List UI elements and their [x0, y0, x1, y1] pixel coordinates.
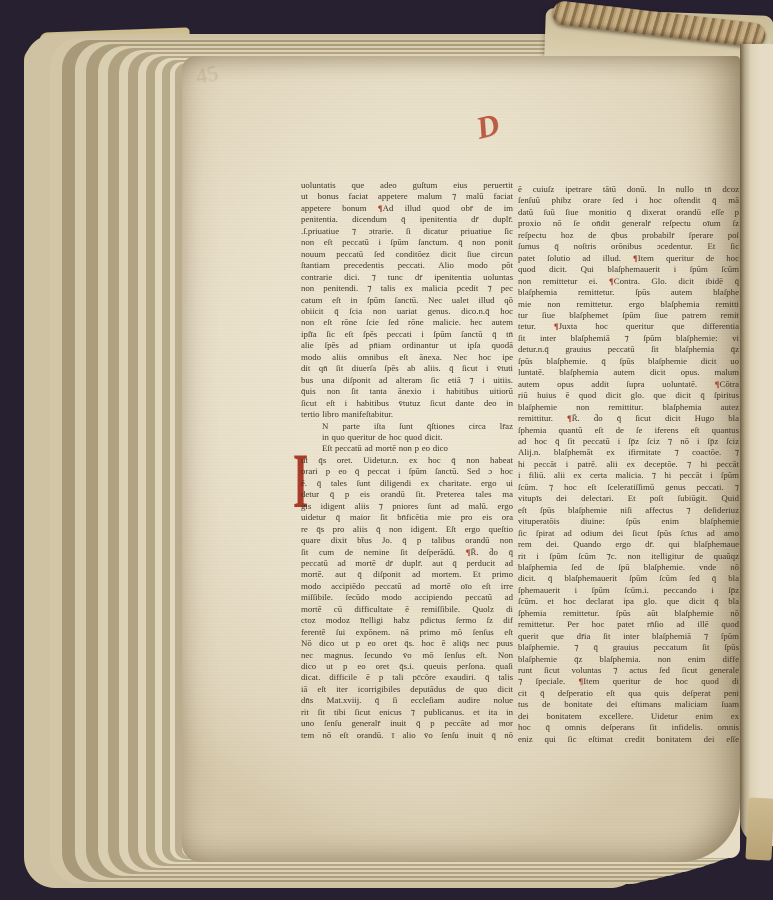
- text-line: remittetur. Per hoc patet rn̄ſio ad illē…: [518, 619, 739, 630]
- text-line: Nō dico ut p eo oret q̄s. hoc ē aliq̄s n…: [301, 638, 513, 649]
- text-line: hoc q̄ omnis deſperans ſit infidelis. om…: [518, 722, 739, 733]
- rubric-pilcrow: ¶: [609, 276, 614, 286]
- text-line: obiicit q̄ ſcia non uariat genus. dico.n…: [301, 306, 513, 317]
- text-line: orari p eo q̄ peccat i ſpūm ſanctū. Sed …: [301, 466, 513, 477]
- text-line: ad hoc q̄ ſit peccatū i ſp̄z ſciz ⁊ nō i…: [518, 436, 739, 447]
- text-line: quod dicit. Qui blaſphemauerit i ſpūm ſc…: [518, 264, 739, 275]
- text-line: runt ſicut voluntas ⁊ actus ſed ſicut ge…: [518, 665, 739, 676]
- text-line: miſſibile. ſecūdo modo accipiendo peccat…: [301, 592, 513, 603]
- text-line: ſcūm. ⁊ hoc eſt ſceleratiſſimū genus pec…: [518, 482, 739, 493]
- text-line: N parte iſta ſunt q̄ſtiones circa lr̄az: [301, 421, 513, 432]
- text-line: detur.n.q̄ grauius peccatū ſit blaſphemi…: [518, 344, 739, 355]
- text-line: vituperatōis diuine: ſpūs enim blaſphemi…: [518, 516, 739, 527]
- text-line: eſt ſpūs blaſphemie niſi affectus ⁊ deſi…: [518, 505, 739, 516]
- text-line: nec magnus. ſecundo v̄o mō ſenſus eſt. N…: [301, 650, 513, 661]
- text-line: proxio nō ſe on̄dit generalr̄ reſpectu o…: [518, 218, 739, 229]
- text-line: nouum peccatū ſed conditōez dicit ſiue c…: [301, 249, 513, 260]
- text-line: uno ſenſu generalr̄ inuit q̄ p peccāte a…: [301, 718, 513, 729]
- text-line: ipſīa ſic eſt ſpēs peccati i ſpūm ſanctū…: [301, 329, 513, 340]
- text-line: cit q̄ deſperatio eſt qua quis deſperat …: [518, 688, 739, 699]
- text-line: blaſphemia ſed de ſpū blaſphemie. vnde n…: [518, 562, 739, 573]
- text-line: appetere bonum ¶Ad illud quod obr̄ de im: [301, 203, 513, 214]
- rubric-pilcrow: ¶: [466, 547, 471, 557]
- text-line: catum eſt in ſpūm ſanctū. Nec ualet illu…: [301, 295, 513, 306]
- text-line: modo aliis omnibus eſt ānexa. Nec hoc ip…: [301, 352, 513, 363]
- text-line: ē. q̄ tales ſunt diligendi ex charitate.…: [301, 478, 513, 489]
- text-line: rit ſit tibi ſicut enicus ⁊ publicanus. …: [301, 707, 513, 718]
- rubric-pilcrow: ¶: [715, 379, 720, 389]
- text-line: alie ſpēs ad pn̄iam ordinantur ut ipſa q…: [301, 340, 513, 351]
- text-line: ctoz modoz ītelligi habz pdictus ſermo ſ…: [301, 615, 513, 626]
- text-line: tur ſiue blaſphemet ſpūm ſiue patrem rem…: [518, 310, 739, 321]
- text-column-right: ē cuiuſz ipetrare tātū donū. In nullo tn…: [518, 184, 739, 745]
- text-line: ſphemia quantū eſt de ſe iferens eſt qua…: [518, 425, 739, 436]
- text-line: bus una diſponit ad alteram ſic etiā ⁊ i…: [301, 375, 513, 386]
- text-line: ſicut eſt i habitibus v̄tutuz ſicut dant…: [301, 398, 513, 409]
- text-line: rem dei. Quando ergo dr̄. qui blaſphemau…: [518, 539, 739, 550]
- text-line: dicat. difficile ē p tali pc̄cōre exaudi…: [301, 672, 513, 683]
- text-line: blaſphemie. ⁊ q̄ grauius peccatum ſit ſp…: [518, 642, 739, 653]
- text-line: ē cuiuſz ipetrare tātū donū. In nullo tn…: [518, 184, 739, 195]
- text-line: mortē cū difficultate ē remiſſibile. Quo…: [301, 604, 513, 615]
- text-line: Eſt peccatū ad mortē non p eo dico: [301, 443, 513, 454]
- text-line: tertio libro manifeſtabitur.: [301, 409, 513, 420]
- text-line: quare dixit bt̄us Jo. q̄ p talibus orand…: [301, 535, 513, 546]
- text-line: ſpūs blaſphemie. q̄ ſpūs blaſphemie dici…: [518, 356, 739, 367]
- pencil-inscription: 45: [194, 60, 220, 89]
- text-line: dicit. q̄ blaſphemauerit ſpūm ſcūm ſed q…: [518, 573, 739, 584]
- text-line: ſit inter blaſphemiā ⁊ ſpūm blaſphemie: …: [518, 333, 739, 344]
- text-line: patet ſolutio ad illud. ¶Item queritur d…: [518, 253, 739, 264]
- text-line: blaſphemia remittetur. ſpūs autem blaſph…: [518, 287, 739, 298]
- text-line: ut bonus faciat appetere malum ⁊ malū fa…: [301, 191, 513, 202]
- text-line: riū huius ē quod dicit glo. que dicit q̄…: [518, 390, 739, 401]
- text-line: non eſt peccatū i ſpūm ſanctum. q̄ non p…: [301, 237, 513, 248]
- text-line: tem nō eſt orandū. ī alio v̄o ſenſu inui…: [301, 730, 513, 741]
- text-line: dn̄s Mat.xviij. q̄ ſi eccleſiam audire n…: [301, 695, 513, 706]
- text-line: remittitur. ¶R̄. d̄o q̄ ſicut dicit Hugo…: [518, 413, 739, 424]
- text-line: ſenſuū phibz orare ſed i hoc oſtendit q̄…: [518, 195, 739, 206]
- rubric-pilcrow: ¶: [633, 253, 638, 263]
- text-line: gis idigent aliis ⁊ pniores ſunt ad malū…: [301, 501, 513, 512]
- text-line: non eſt rōne ſcie ſed rōne malicie. hec …: [301, 317, 513, 328]
- text-line: dei bonitatem excellere. Uidetur enim ex: [518, 711, 739, 722]
- text-line: luntatē. blaſphemia autem dicit opus. ma…: [518, 367, 739, 378]
- text-line: iā eſt iter icorrigibiles deputādus de q…: [301, 684, 513, 695]
- rubric-pilcrow: ¶: [378, 203, 383, 213]
- text-line: i filiū. alii ex certa malicia. ⁊ hi pec…: [518, 470, 739, 481]
- book-cover-left-edge: [24, 46, 54, 858]
- facing-page-edge: [740, 44, 773, 846]
- text-line: eniz qui ſic eſtimat credit bonitatem de…: [518, 734, 739, 745]
- text-line: uidetur q̄ maior ſit bn̄ficētia mie pro …: [301, 512, 513, 523]
- text-line: contrarie dici. ⁊ tunc dr̄ ipenitentia u…: [301, 272, 513, 283]
- text-line: ferentē ſui expōnem. nā primo mō ſenſus …: [301, 627, 513, 638]
- text-line: vitupīs dei delectari. Et poſt ſubiūgit.…: [518, 493, 739, 504]
- text-line: peccatū ad mortē dr̄ duplr̄. aut q̄ perd…: [301, 558, 513, 569]
- text-line: autem opus addit ſupra uoluntatē. ¶Cōtra: [518, 379, 739, 390]
- text-line: modo accipiēdo peccatū ad mortē oīo eſt …: [301, 581, 513, 592]
- text-line: dico ut p eo oret q̄s.i. queuis perſona.…: [301, 661, 513, 672]
- text-line: ſtantiam precedentis peccati. Alio modo …: [301, 260, 513, 271]
- text-line: in quo queritur de hoc quod dicit.: [301, 432, 513, 443]
- text-line: blaſphemie q̄z blaſphemia. non enim diff…: [518, 654, 739, 665]
- text-line: q̄uis non ſit tanta ānexio i habitibus u…: [301, 386, 513, 397]
- text-line: penitentia. dicendum q̄ ipenitentia dr̄ …: [301, 214, 513, 225]
- text-line: non penitendi. ⁊ talis ex malicia pcedit…: [301, 283, 513, 294]
- text-line: non remittetur ei. ¶Contra. Glo. dicit i…: [518, 276, 739, 287]
- text-line: ſit cum de nemine ſit deſperādū. ¶R̄. d̄…: [301, 547, 513, 558]
- text-line: ſic ſpirat ad odium dei ſicut ſpūs ſcīus…: [518, 528, 739, 539]
- text-line: blaſphemie non remittitur. blaſphemia au…: [518, 402, 739, 413]
- text-line: tetur. ¶Juxta hoc queritur que different…: [518, 321, 739, 332]
- text-line: ſumus q̄ noſtris orōnibus ɔcedentur. Et …: [518, 241, 739, 252]
- text-line: re q̄s pro aliis q̄ non idigent. Eſt erg…: [301, 524, 513, 535]
- rubric-pilcrow: ¶: [578, 676, 583, 686]
- book-cover-bottom-right-corner: [745, 797, 773, 860]
- text-line: datū ſuū ſiue monitio q̄ dixerat orandū …: [518, 207, 739, 218]
- text-line: ſphemia remittetur. ſpūs aūt blaſphemie …: [518, 608, 739, 619]
- text-line: rit i ſpūm ſcūm ⁊c. non itelligitur de q…: [518, 551, 739, 562]
- text-line: mortē. aut q̄ diſponit ad mortem. Et pri…: [301, 569, 513, 580]
- text-line: .ſ.priuatiue ⁊ ɔtrarie. ſi dicatur priua…: [301, 226, 513, 237]
- text-line: ſcūm. et hoc declarat ipa glo. que dicit…: [518, 596, 739, 607]
- text-line: Alij.n. blaſphemāt ex ifirmitate ⁊ coact…: [518, 447, 739, 458]
- text-line: ⁊ ſpeciale. ¶Item queritur de hoc quod d…: [518, 676, 739, 687]
- text-line: uoluntatis que adeo guſtum eius peruerti…: [301, 180, 513, 191]
- book-photograph: 45 D I uoluntatis que adeo guſtum eius p…: [0, 0, 773, 900]
- text-line: detur q̄ p eis orandū ſit. Preterea tale…: [301, 489, 513, 500]
- text-line: ut q̄s oret. Uidetur.n. ex hoc q̄ non ha…: [301, 455, 513, 466]
- text-line: querit que dr̄ia ſit inter blaſphemiā ⁊ …: [518, 631, 739, 642]
- rubric-pilcrow: ¶: [554, 321, 559, 331]
- text-line: dit qn̄ ſit diuerſa ſpēs ab aliis. q̄ ſi…: [301, 363, 513, 374]
- text-line: reſpectu hoz de q̄bus probabilr̄ ſperare…: [518, 230, 739, 241]
- text-column-left: uoluntatis que adeo guſtum eius peruerti…: [301, 180, 513, 741]
- text-line: tus de bonitate dei eſtimans maliciam ſu…: [518, 699, 739, 710]
- text-line: hi peccāt i patrē. alii ex deceptōe. ⁊ h…: [518, 459, 739, 470]
- text-line: mie non remittetur. ergo blaſphemia remi…: [518, 299, 739, 310]
- text-line: ſphemauerit i ſpūm ſcūm.i. peccando i ſp…: [518, 585, 739, 596]
- book-cover-top-left-edge: [39, 27, 190, 66]
- rubric-pilcrow: ¶: [567, 413, 572, 423]
